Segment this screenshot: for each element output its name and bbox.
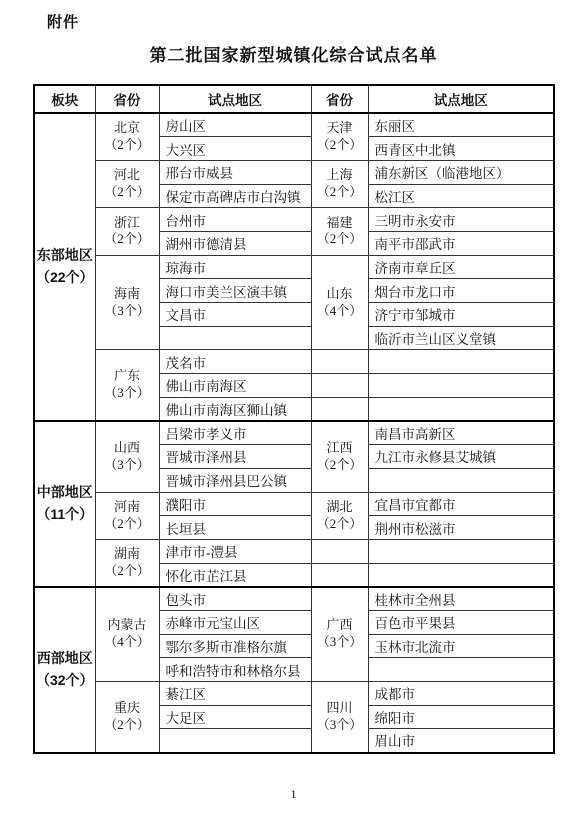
- pilot-area-cell: 晋城市泽州县: [159, 445, 311, 469]
- province-cell-chongqing: 重庆 （2个）: [95, 682, 159, 753]
- province-cell-hainan: 海南 （3个）: [95, 255, 159, 350]
- empty-area-cell: [368, 374, 554, 398]
- block-count: （22个）: [35, 267, 95, 289]
- pilot-area-cell: 成都市: [368, 682, 554, 706]
- table-row: 东部地区 （22个） 北京 （2个） 房山区 天津 （2个） 东丽区: [34, 113, 554, 137]
- province-cell-guangdong: 广东 （3个）: [95, 350, 159, 421]
- empty-area-cell: [368, 563, 554, 587]
- block-name: 东部地区: [35, 245, 95, 267]
- block-name: 中部地区: [35, 482, 95, 504]
- pilot-area-cell: 大足区: [159, 705, 311, 729]
- pilot-area-cell: 琼海市: [159, 255, 311, 279]
- pilot-list-table: 板块 省份 试点地区 省份 试点地区 东部地区 （22个） 北京 （2个）: [33, 84, 555, 754]
- pilot-area-cell: 吕梁市孝义市: [159, 421, 311, 445]
- block-cell-east: 东部地区 （22个）: [34, 113, 95, 421]
- empty-province-cell: [311, 539, 368, 563]
- province-cell-tianjin: 天津 （2个）: [311, 113, 368, 160]
- pilot-area-cell: 保定市高碑店市白沟镇: [159, 184, 311, 208]
- pilot-area-cell: 濮阳市: [159, 492, 311, 516]
- header-block: 板块: [34, 85, 95, 113]
- province-cell-zhejiang: 浙江 （2个）: [95, 208, 159, 255]
- pilot-area-cell: 三明市永安市: [368, 208, 554, 232]
- header-province-left: 省份: [95, 85, 159, 113]
- table-row: 中部地区 （11个） 山西 （3个） 吕梁市孝义市 江西 （2个） 南昌市高新区: [34, 421, 554, 445]
- table-row: 河北 （2个） 邢台市威县 上海 （2个） 浦东新区（临港地区）: [34, 160, 554, 184]
- empty-province-cell: [311, 563, 368, 587]
- pilot-area-cell: 眉山市: [368, 729, 554, 753]
- pilot-area-cell: 佛山市南海区狮山镇: [159, 397, 311, 421]
- province-cell-beijing: 北京 （2个）: [95, 113, 159, 160]
- header-province-right: 省份: [311, 85, 368, 113]
- block-count: （32个）: [35, 670, 95, 692]
- block-cell-central: 中部地区 （11个）: [34, 421, 95, 587]
- pilot-area-cell: 邢台市威县: [159, 160, 311, 184]
- pilot-area-cell: 大兴区: [159, 137, 311, 161]
- pilot-area-cell: 鄂尔多斯市准格尔旗: [159, 634, 311, 658]
- pilot-area-cell: 海口市美兰区演丰镇: [159, 279, 311, 303]
- document-page: 附件 第二批国家新型城镇化综合试点名单 板块 省份 试点地区 省份 试点地区 东…: [0, 0, 587, 817]
- pilot-area-cell: 宜昌市宜都市: [368, 492, 554, 516]
- pilot-area-cell: 临沂市兰山区义堂镇: [368, 326, 554, 350]
- empty-area-cell: [368, 658, 554, 682]
- table-row: 河南 （2个） 濮阳市 湖北 （2个） 宜昌市宜都市: [34, 492, 554, 516]
- pilot-area-cell: 晋城市泽州县巴公镇: [159, 468, 311, 492]
- empty-area-cell: [368, 468, 554, 492]
- pilot-area-cell: 文昌市: [159, 303, 311, 327]
- attachment-label: 附件: [47, 11, 79, 32]
- pilot-area-cell: 松江区: [368, 184, 554, 208]
- pilot-area-cell: 济宁市邹城市: [368, 303, 554, 327]
- empty-area-cell: [368, 397, 554, 421]
- pilot-area-cell: 湖州市德清县: [159, 231, 311, 255]
- pilot-area-cell: 南平市邵武市: [368, 231, 554, 255]
- page-title: 第二批国家新型城镇化综合试点名单: [0, 41, 587, 66]
- province-cell-hubei: 湖北 （2个）: [311, 492, 368, 539]
- pilot-list-table-wrap: 板块 省份 试点地区 省份 试点地区 东部地区 （22个） 北京 （2个）: [33, 84, 555, 754]
- table-row: 重庆 （2个） 綦江区 四川 （3个） 成都市: [34, 682, 554, 706]
- header-area-left: 试点地区: [159, 85, 311, 113]
- pilot-area-cell: 西青区中北镇: [368, 137, 554, 161]
- pilot-area-cell: 房山区: [159, 113, 311, 137]
- pilot-area-cell: 包头市: [159, 587, 311, 611]
- pilot-area-cell: 津市市-澧县: [159, 539, 311, 563]
- province-cell-neimenggu: 内蒙古 （4个）: [95, 587, 159, 682]
- header-area-right: 试点地区: [368, 85, 554, 113]
- table-row: 湖南 （2个） 津市市-澧县: [34, 539, 554, 563]
- pilot-area-cell: 百色市平果县: [368, 610, 554, 634]
- pilot-area-cell: 济南市章丘区: [368, 255, 554, 279]
- province-cell-henan: 河南 （2个）: [95, 492, 159, 539]
- table-row: 广东 （3个） 茂名市: [34, 350, 554, 374]
- pilot-area-cell: 长垣县: [159, 516, 311, 540]
- block-count: （11个）: [35, 504, 95, 526]
- pilot-area-cell: 呼和浩特市和林格尔县: [159, 658, 311, 682]
- empty-province-cell: [311, 397, 368, 421]
- pilot-area-cell: 台州市: [159, 208, 311, 232]
- pilot-area-cell: 佛山市南海区: [159, 374, 311, 398]
- province-cell-shanghai: 上海 （2个）: [311, 160, 368, 207]
- pilot-area-cell: 怀化市芷江县: [159, 563, 311, 587]
- province-cell-guangxi: 广西 （3个）: [311, 587, 368, 682]
- table-row: 西部地区 （32个） 内蒙古 （4个） 包头市 广西 （3个） 桂林市全州县: [34, 587, 554, 611]
- pilot-area-cell: 桂林市全州县: [368, 587, 554, 611]
- table-row: 海南 （3个） 琼海市 山东 （4个） 济南市章丘区: [34, 255, 554, 279]
- pilot-area-cell: 茂名市: [159, 350, 311, 374]
- province-cell-hebei: 河北 （2个）: [95, 160, 159, 207]
- pilot-area-cell: 玉林市北流市: [368, 634, 554, 658]
- pilot-area-cell: 綦江区: [159, 682, 311, 706]
- province-cell-shanxi: 山西 （3个）: [95, 421, 159, 492]
- block-name: 西部地区: [35, 648, 95, 670]
- pilot-area-cell: 荆州市松滋市: [368, 516, 554, 540]
- block-cell-west: 西部地区 （32个）: [34, 587, 95, 753]
- pilot-area-cell: 绵阳市: [368, 705, 554, 729]
- header-row: 板块 省份 试点地区 省份 试点地区: [34, 85, 554, 113]
- pilot-area-cell: 九江市永修县艾城镇: [368, 445, 554, 469]
- province-cell-fujian: 福建 （2个）: [311, 208, 368, 255]
- empty-area-cell: [159, 729, 311, 753]
- empty-province-cell: [311, 374, 368, 398]
- province-cell-sichuan: 四川 （3个）: [311, 682, 368, 753]
- province-cell-shandong: 山东 （4个）: [311, 255, 368, 350]
- pilot-area-cell: 赤峰市元宝山区: [159, 610, 311, 634]
- pilot-area-cell: 烟台市龙口市: [368, 279, 554, 303]
- page-number: 1: [0, 787, 587, 802]
- province-cell-hunan: 湖南 （2个）: [95, 539, 159, 586]
- pilot-area-cell: 南昌市高新区: [368, 421, 554, 445]
- pilot-area-cell: 东丽区: [368, 113, 554, 137]
- pilot-area-cell: 浦东新区（临港地区）: [368, 160, 554, 184]
- empty-area-cell: [368, 539, 554, 563]
- empty-area-cell: [159, 326, 311, 350]
- table-row: 浙江 （2个） 台州市 福建 （2个） 三明市永安市: [34, 208, 554, 232]
- empty-province-cell: [311, 350, 368, 374]
- empty-area-cell: [368, 350, 554, 374]
- province-cell-jiangxi: 江西 （2个）: [311, 421, 368, 492]
